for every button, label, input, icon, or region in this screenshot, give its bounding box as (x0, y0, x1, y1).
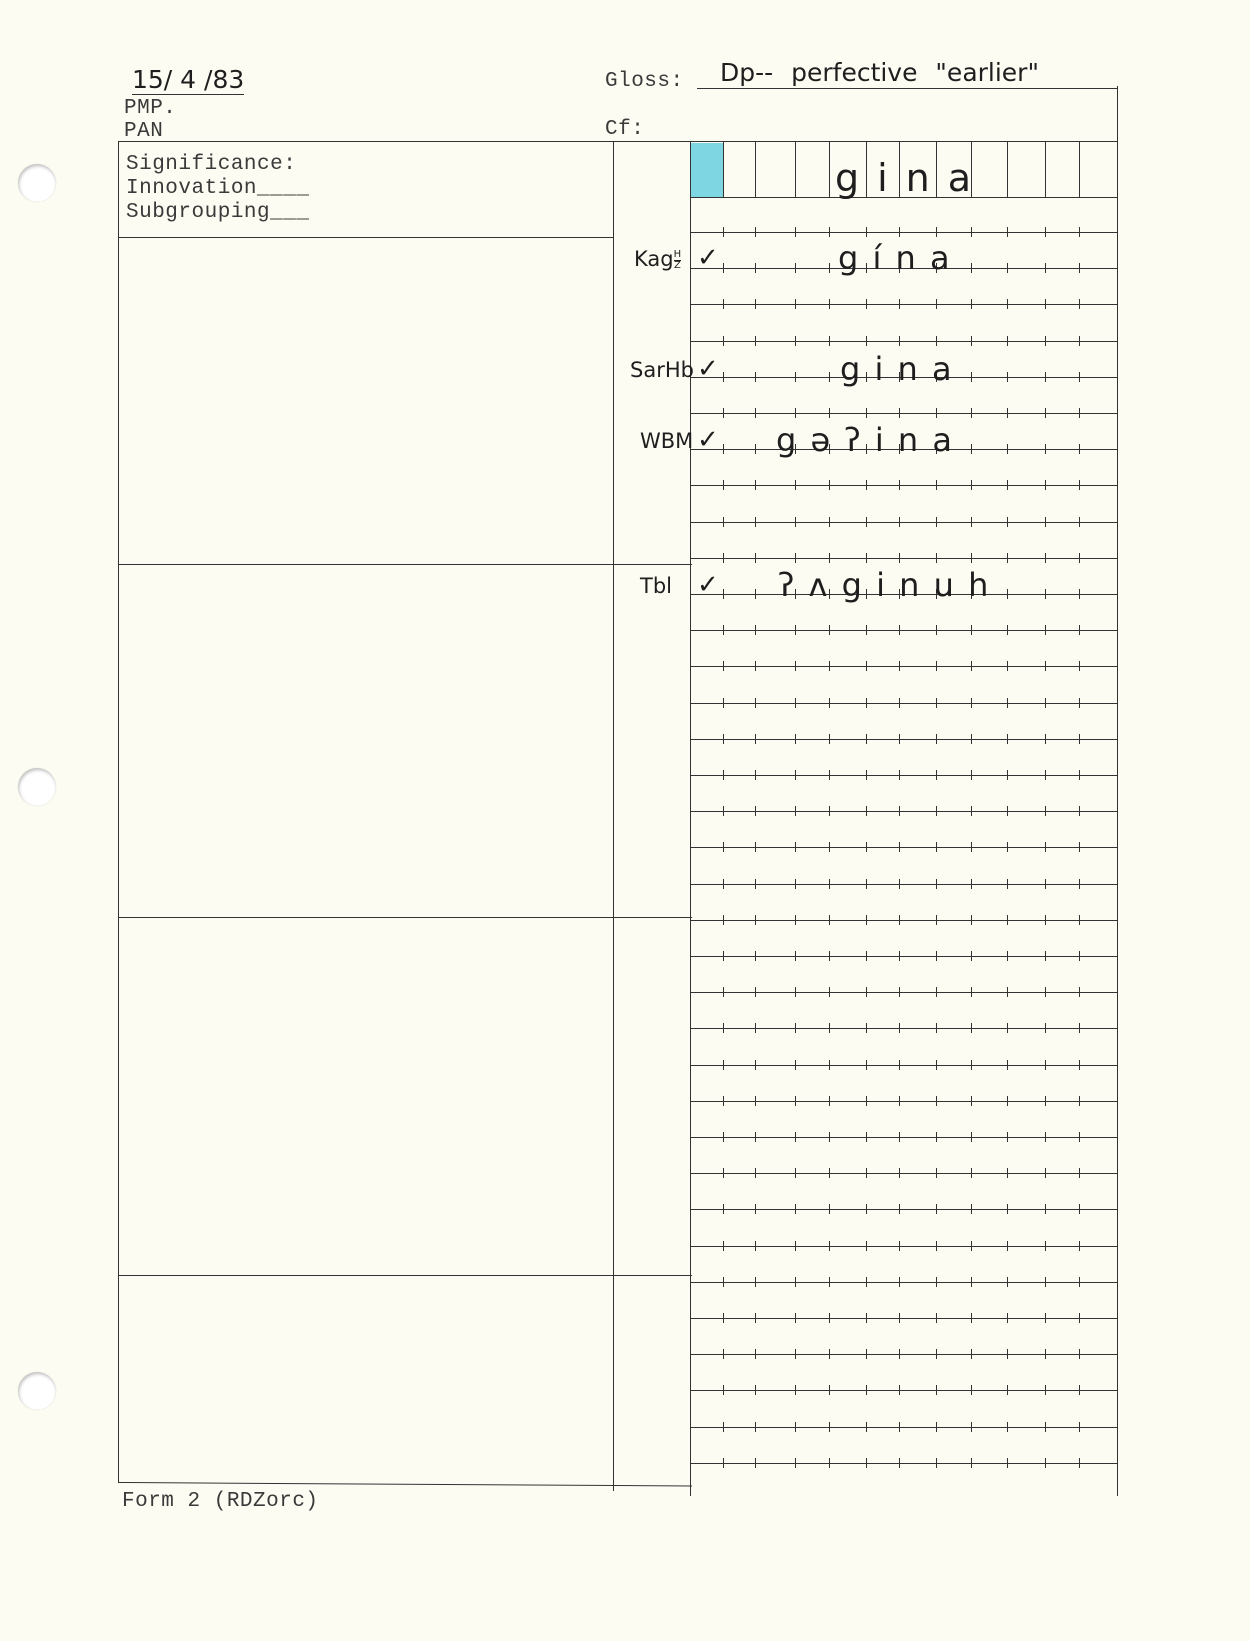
ruled-line-tick (1045, 1132, 1046, 1142)
notes-column-divider (613, 141, 614, 1491)
ruled-line-tick (1045, 1204, 1046, 1214)
ruled-line-tick (1007, 1422, 1008, 1432)
section-divider-1 (118, 237, 614, 238)
ruled-line-tick (1045, 336, 1046, 346)
ruled-line-tick (723, 517, 724, 527)
ruled-line-tick (829, 553, 830, 563)
ruled-line-tick (1079, 842, 1080, 852)
ruled-line-tick (936, 1132, 937, 1142)
ruled-line-tick (755, 770, 756, 780)
ruled-line-tick (795, 1349, 796, 1359)
ruled-line-tick (1079, 1168, 1080, 1178)
ruled-line-tick (755, 1023, 756, 1033)
ruled-line-tick (866, 842, 867, 852)
ruled-line-tick (1079, 480, 1080, 490)
ruled-line-tick (936, 553, 937, 563)
ruled-line-tick (795, 661, 796, 671)
ruled-line-tick (723, 480, 724, 490)
ruled-line-tick (723, 553, 724, 563)
ruled-line-tick (1079, 951, 1080, 961)
ruled-line-tick (1045, 1385, 1046, 1395)
ruled-line-tick (755, 661, 756, 671)
ruled-line-tick (755, 444, 756, 454)
level-pmp: PMP. (124, 97, 176, 121)
ruled-line-tick (1079, 806, 1080, 816)
ruled-line-tick (1079, 444, 1080, 454)
ruled-line-tick (829, 517, 830, 527)
ruled-line-tick (971, 1313, 972, 1323)
ruled-line-tick (1045, 408, 1046, 418)
ruled-line-tick (971, 227, 972, 237)
ruled-line-tick (899, 1277, 900, 1287)
ruled-line-tick (755, 408, 756, 418)
ruled-line-tick (899, 336, 900, 346)
ruled-line-tick (1079, 1241, 1080, 1251)
ruled-line-tick (936, 1168, 937, 1178)
ruled-line-tick (1079, 661, 1080, 671)
ruled-line-tick (1079, 879, 1080, 889)
ruled-line-tick (971, 1060, 972, 1070)
reconstruction-form[interactable]: gina (835, 156, 989, 200)
ruled-line-tick (971, 1204, 972, 1214)
ruled-line-tick (723, 1458, 724, 1468)
ruled-line-tick (1079, 372, 1080, 382)
ruled-line-tick (936, 1241, 937, 1251)
ruled-line-tick (723, 1096, 724, 1106)
ruled-line-tick (829, 951, 830, 961)
ruled-line-tick (1045, 553, 1046, 563)
ruled-line-tick (971, 625, 972, 635)
ruled-line-tick (1007, 480, 1008, 490)
ruled-line-tick (899, 661, 900, 671)
ruled-line-tick (795, 625, 796, 635)
ruled-line-tick (971, 1168, 972, 1178)
ruled-line-tick (1007, 1385, 1008, 1395)
ruled-line-tick (1045, 1277, 1046, 1287)
ruled-line-tick (829, 770, 830, 780)
ruled-line-tick (723, 915, 724, 925)
ruled-line-tick (936, 480, 937, 490)
ruled-line-tick (971, 1385, 972, 1395)
section-divider-4 (118, 1275, 692, 1276)
ruled-line-tick (1079, 698, 1080, 708)
ruled-line-tick (971, 698, 972, 708)
language-label: SarHb (630, 358, 694, 382)
ruled-line-tick (755, 1096, 756, 1106)
ruled-line-tick (1007, 227, 1008, 237)
ruled-line-tick (795, 879, 796, 889)
ruled-line-tick (866, 1060, 867, 1070)
ruled-line-tick (866, 517, 867, 527)
ruled-line-tick (723, 1060, 724, 1070)
ruled-line-tick (1045, 372, 1046, 382)
ruled-line-tick (971, 480, 972, 490)
check-mark-icon: ✓ (697, 425, 719, 455)
language-label: Tbl (640, 574, 672, 598)
ruled-line-tick (936, 1385, 937, 1395)
ruled-line-tick (795, 915, 796, 925)
cognate-form: g í n a (838, 239, 952, 277)
ruled-line-tick (723, 734, 724, 744)
ruled-line-tick (936, 734, 937, 744)
ruled-line-tick (795, 734, 796, 744)
ruled-line-tick (795, 227, 796, 237)
ruled-line-tick (1079, 625, 1080, 635)
ruled-line-tick (936, 1023, 937, 1033)
ruled-line-tick (866, 1096, 867, 1106)
ruled-line-tick (899, 915, 900, 925)
ruled-line-tick (755, 1204, 756, 1214)
ruled-line-tick (755, 299, 756, 309)
ruled-line-tick (936, 408, 937, 418)
language-label: WBM (640, 429, 693, 453)
ruled-line-tick (1045, 263, 1046, 273)
ruled-line-tick (829, 1313, 830, 1323)
ruled-line-tick (1007, 1132, 1008, 1142)
ruled-line-tick (971, 1349, 972, 1359)
ruled-line-tick (1079, 1385, 1080, 1395)
ruled-line-tick (1045, 1168, 1046, 1178)
ruled-line-tick (899, 879, 900, 889)
form-label: Form 2 (RDZorc) (122, 1490, 319, 1514)
ruled-line-tick (866, 951, 867, 961)
ruled-line-tick (936, 842, 937, 852)
ruled-line-tick (1079, 1060, 1080, 1070)
ruled-line-tick (1007, 1349, 1008, 1359)
ruled-line-tick (1045, 299, 1046, 309)
ruled-line-tick (1007, 1060, 1008, 1070)
ruled-line-tick (936, 1313, 937, 1323)
ruled-line-tick (1079, 299, 1080, 309)
ruled-line-tick (866, 336, 867, 346)
ruled-line-tick (829, 1096, 830, 1106)
ruled-line-tick (971, 1096, 972, 1106)
ruled-line-tick (936, 915, 937, 925)
ruled-line-tick (1007, 987, 1008, 997)
ruled-line-tick (829, 915, 830, 925)
ruled-line-tick (1045, 915, 1046, 925)
ruled-line-tick (866, 227, 867, 237)
ruled-line-tick (866, 1458, 867, 1468)
ruled-line-tick (1079, 915, 1080, 925)
ruled-line-tick (1045, 1313, 1046, 1323)
ruled-line-tick (1079, 1458, 1080, 1468)
ruled-line-tick (723, 661, 724, 671)
ruled-line-tick (1045, 1096, 1046, 1106)
ruled-line-tick (1079, 517, 1080, 527)
ruled-line-tick (866, 1349, 867, 1359)
ruled-line-tick (1007, 444, 1008, 454)
ruled-line-tick (971, 553, 972, 563)
ruled-line-tick (971, 1422, 972, 1432)
ruled-line-tick (1045, 1349, 1046, 1359)
ruled-line-tick (755, 1349, 756, 1359)
punch-hole-bottom (18, 1372, 56, 1410)
ruled-line-tick (1007, 770, 1008, 780)
ruled-line-tick (1045, 1458, 1046, 1468)
ruled-line-tick (829, 1204, 830, 1214)
cell-divider (829, 141, 830, 198)
ruled-line-tick (755, 589, 756, 599)
ruled-line-tick (971, 951, 972, 961)
ruled-line-tick (899, 517, 900, 527)
ruled-line-tick (755, 915, 756, 925)
ruled-line-tick (1007, 842, 1008, 852)
ruled-line-tick (1079, 408, 1080, 418)
ruled-line-tick (971, 1241, 972, 1251)
ruled-line-tick (755, 480, 756, 490)
ruled-line-tick (795, 1132, 796, 1142)
ruled-line-tick (795, 1458, 796, 1468)
ruled-line-tick (971, 1132, 972, 1142)
ruled-line-tick (971, 915, 972, 925)
ruled-line-tick (1045, 770, 1046, 780)
ruled-line-tick (755, 1168, 756, 1178)
ruled-line-tick (1079, 227, 1080, 237)
ruled-line-tick (971, 372, 972, 382)
ruled-line-tick (755, 698, 756, 708)
ruled-line-tick (936, 951, 937, 961)
ruled-line-tick (1045, 842, 1046, 852)
ruled-line-tick (866, 734, 867, 744)
ruled-line-tick (866, 625, 867, 635)
ruled-line-tick (755, 879, 756, 889)
ruled-line-tick (1007, 1458, 1008, 1468)
ruled-line-tick (866, 1422, 867, 1432)
ruled-line-tick (1007, 879, 1008, 889)
ruled-line-tick (723, 336, 724, 346)
ruled-line-tick (866, 480, 867, 490)
ruled-line-tick (899, 698, 900, 708)
gloss-label: Gloss: (605, 70, 684, 94)
ruled-line-tick (1007, 1168, 1008, 1178)
ruled-line-tick (899, 951, 900, 961)
ruled-line-tick (1045, 517, 1046, 527)
ruled-line-tick (1045, 1023, 1046, 1033)
ruled-line-tick (936, 227, 937, 237)
ruled-line-tick (755, 517, 756, 527)
ruled-line-tick (1045, 227, 1046, 237)
ruled-line-tick (755, 734, 756, 744)
cell-divider (1079, 141, 1080, 198)
ruled-line-tick (971, 987, 972, 997)
ruled-line-tick (795, 372, 796, 382)
ruled-line-tick (723, 372, 724, 382)
ruled-line-tick (755, 372, 756, 382)
ruled-line-tick (1079, 1422, 1080, 1432)
ruled-line-tick (899, 1349, 900, 1359)
ruled-line-tick (936, 517, 937, 527)
subgrouping-field[interactable]: Subgrouping___ (126, 201, 309, 225)
ruled-line-tick (1007, 806, 1008, 816)
ruled-line-tick (723, 806, 724, 816)
innovation-field[interactable]: Innovation____ (126, 177, 309, 201)
ruled-line-tick (755, 625, 756, 635)
ruled-line-tick (829, 480, 830, 490)
ruled-line-tick (899, 1132, 900, 1142)
ruled-line-tick (899, 227, 900, 237)
ruled-line-tick (1079, 734, 1080, 744)
cell-divider (1045, 141, 1046, 198)
ruled-line-tick (971, 408, 972, 418)
ruled-line-tick (723, 1241, 724, 1251)
ruled-line-tick (795, 1277, 796, 1287)
ruled-line-tick (1007, 372, 1008, 382)
ruled-line-tick (795, 1096, 796, 1106)
cell-divider (723, 141, 724, 198)
ruled-line-tick (899, 1168, 900, 1178)
ruled-line-tick (795, 1385, 796, 1395)
ruled-line-tick (1079, 553, 1080, 563)
ruled-line-tick (795, 408, 796, 418)
header-box-right-edge (1117, 86, 1118, 1496)
ruled-line-tick (723, 408, 724, 418)
date: 15/ 4 /83 (132, 66, 244, 95)
ruled-line-tick (755, 1277, 756, 1287)
ruled-line-tick (971, 842, 972, 852)
ruled-line-tick (829, 661, 830, 671)
ruled-line-tick (1007, 1096, 1008, 1106)
ruled-line-tick (1079, 336, 1080, 346)
ruled-line-tick (723, 1204, 724, 1214)
ruled-line-tick (971, 879, 972, 889)
ruled-line-tick (1079, 1204, 1080, 1214)
ruled-line-tick (899, 299, 900, 309)
ruled-line-tick (795, 1168, 796, 1178)
ruled-line-tick (866, 806, 867, 816)
ruled-line-tick (866, 987, 867, 997)
ruled-line-tick (1007, 661, 1008, 671)
ruled-line-tick (755, 1241, 756, 1251)
ruled-line-tick (971, 770, 972, 780)
ruled-line-tick (866, 1313, 867, 1323)
ruled-line-tick (1007, 951, 1008, 961)
ruled-line-tick (829, 263, 830, 273)
ruled-line-tick (866, 915, 867, 925)
ruled-line-tick (795, 480, 796, 490)
cognate-form: g ə ʔ i n a (776, 421, 954, 459)
ruled-line-tick (755, 951, 756, 961)
ruled-line-tick (795, 299, 796, 309)
ruled-line-tick (1045, 480, 1046, 490)
ruled-line-tick (1007, 1204, 1008, 1214)
ruled-line-tick (1045, 661, 1046, 671)
ruled-line-tick (829, 1385, 830, 1395)
form-left-border (118, 141, 119, 1483)
ruled-line-tick (1045, 1060, 1046, 1070)
ruled-line-tick (723, 589, 724, 599)
ruled-line-tick (899, 553, 900, 563)
ruled-line-tick (899, 1385, 900, 1395)
ruled-line-tick (866, 1132, 867, 1142)
ruled-line-tick (936, 661, 937, 671)
ruled-line-tick (1079, 1096, 1080, 1106)
language-label-annotation: HZ (674, 250, 682, 271)
ruled-line-tick (755, 1132, 756, 1142)
ruled-line-tick (936, 1060, 937, 1070)
ruled-line-tick (936, 625, 937, 635)
ruled-line-tick (723, 1385, 724, 1395)
ruled-line-tick (936, 806, 937, 816)
ruled-line-tick (723, 987, 724, 997)
ruled-line-tick (1079, 987, 1080, 997)
ruled-line-tick (1007, 553, 1008, 563)
ruled-line-tick (971, 1458, 972, 1468)
gloss-value[interactable]: Dp-- perfective "earlier" (720, 58, 1039, 87)
ruled-line-tick (1079, 1313, 1080, 1323)
ruled-line-tick (1007, 589, 1008, 599)
ruled-line-tick (795, 1204, 796, 1214)
ruled-line-tick (829, 698, 830, 708)
ruled-line-tick (936, 987, 937, 997)
ruled-line-tick (1007, 408, 1008, 418)
ruled-line-tick (795, 336, 796, 346)
ruled-line-tick (866, 408, 867, 418)
ruled-line-tick (723, 1023, 724, 1033)
ruled-line-tick (795, 770, 796, 780)
ruled-line-tick (755, 806, 756, 816)
ruled-line-tick (829, 1349, 830, 1359)
ruled-line-tick (866, 1023, 867, 1033)
ruled-line-tick (723, 625, 724, 635)
ruled-line-tick (1007, 336, 1008, 346)
section-divider-2 (118, 564, 692, 565)
ruled-line-tick (723, 444, 724, 454)
ruled-line-tick (866, 1241, 867, 1251)
ruled-line-tick (1007, 734, 1008, 744)
cognate-form: g i n a (840, 350, 954, 388)
ruled-line-tick (723, 227, 724, 237)
ruled-line-tick (899, 625, 900, 635)
ruled-line-tick (755, 1458, 756, 1468)
ruled-line-tick (795, 698, 796, 708)
ruled-line-tick (971, 661, 972, 671)
form-bottom-border-left (118, 1482, 692, 1487)
ruled-line-tick (829, 372, 830, 382)
ruled-line-tick (829, 1422, 830, 1432)
ruled-line-tick (723, 1313, 724, 1323)
ruled-line-tick (829, 1023, 830, 1033)
ruled-line-tick (723, 1277, 724, 1287)
ruled-line-tick (829, 227, 830, 237)
grid-left-border (690, 141, 691, 1496)
ruled-line-tick (795, 1023, 796, 1033)
ruled-line-tick (795, 263, 796, 273)
ruled-line-tick (829, 1458, 830, 1468)
ruled-line-tick (755, 263, 756, 273)
ruled-line-tick (829, 734, 830, 744)
ruled-line-tick (971, 1023, 972, 1033)
check-mark-icon: ✓ (697, 354, 719, 384)
ruled-line-tick (899, 734, 900, 744)
cell-divider (1007, 141, 1008, 198)
ruled-line-tick (755, 842, 756, 852)
section-divider-3 (118, 917, 692, 918)
ruled-line-tick (971, 336, 972, 346)
ruled-line-tick (1007, 625, 1008, 635)
ruled-line-tick (829, 625, 830, 635)
ruled-line-tick (723, 698, 724, 708)
ruled-line-tick (829, 1132, 830, 1142)
cf-label: Cf: (605, 118, 644, 142)
ruled-line-tick (1045, 734, 1046, 744)
ruled-line-tick (1007, 1277, 1008, 1287)
ruled-line-tick (795, 1241, 796, 1251)
ruled-line-tick (936, 1349, 937, 1359)
ruled-line-tick (1007, 698, 1008, 708)
ruled-line-tick (866, 553, 867, 563)
significance-title: Significance: (126, 153, 296, 177)
